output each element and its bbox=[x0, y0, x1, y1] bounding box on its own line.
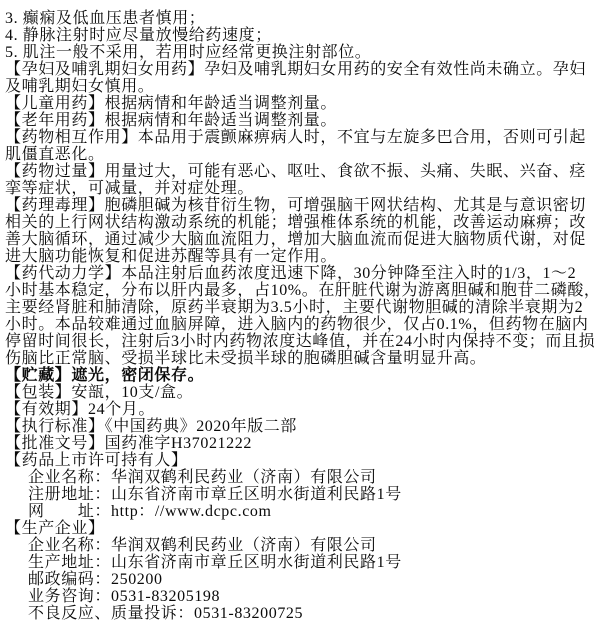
license-holder-registered-address: 注册地址：山东省济南市章丘区明水街道利民路1号 bbox=[5, 486, 607, 503]
pharmacokinetics-line-3: 主要经肾脏和肺清除，原药半衰期为3.5小时，主要代谢物胆碱的清除半衰期为2 bbox=[5, 299, 607, 316]
pharmacology-line-4: 进大脑功能恢复和促进苏醒等具有一定作用。 bbox=[5, 248, 607, 265]
precaution-item-4: 4. 静脉注射时应尽量放慢给药速度； bbox=[5, 27, 607, 44]
pharmacokinetics-line-6: 伤脑比正常脑、受损半球比未受损半球的胞磷胆碱含量明显升高。 bbox=[5, 350, 607, 367]
pharmacology-line-1: 【药理毒理】胞磷胆碱为核苷衍生物，可增强脑干网状结构、尤其是与意识密切 bbox=[5, 197, 607, 214]
precaution-item-3: 3. 癫痫及低血压患者慎用； bbox=[5, 10, 607, 27]
manufacturer-company-name: 企业名称：华润双鹤利民药业（济南）有限公司 bbox=[5, 537, 607, 554]
pediatric-use-line: 【儿童用药】根据病情和年龄适当调整剂量。 bbox=[5, 95, 607, 112]
drug-interactions-line-1: 【药物相互作用】本品用于震颤麻痹病人时，不宜与左旋多巴合用，否则可引起 bbox=[5, 129, 607, 146]
packaging-line: 【包装】安瓿，10支/盒。 bbox=[5, 384, 607, 401]
precaution-item-5: 5. 肌注一般不采用，若用时应经常更换注射部位。 bbox=[5, 44, 607, 61]
manufacturer-complaint-phone: 不良反应、质量投诉：0531-83200725 bbox=[5, 605, 607, 622]
manufacturer-heading: 【生产企业】 bbox=[5, 520, 607, 537]
manufacturer-postal-code: 邮政编码：250200 bbox=[5, 571, 607, 588]
pharmacokinetics-line-5: 停留时间很长，注射后3小时内药物浓度达峰值，并在24小时内保持不变；而且损 bbox=[5, 333, 607, 350]
pharmacology-line-2: 相关的上行网状结构激动系统的机能；增强椎体系统的机能，改善运动麻痹；改 bbox=[5, 214, 607, 231]
manufacturer-consult-phone: 业务咨询：0531-83205198 bbox=[5, 588, 607, 605]
license-holder-company-name: 企业名称：华润双鹤利民药业（济南）有限公司 bbox=[5, 469, 607, 486]
geriatric-use-line: 【老年用药】根据病情和年龄适当调整剂量。 bbox=[5, 112, 607, 129]
pregnancy-use-line-2: 及哺乳期妇女慎用。 bbox=[5, 78, 607, 95]
storage-line: 【贮藏】遮光，密闭保存。 bbox=[5, 367, 607, 384]
execution-standard-line: 【执行标准】《中国药典》2020年版二部 bbox=[5, 418, 607, 435]
license-holder-heading: 【药品上市许可持有人】 bbox=[5, 452, 607, 469]
license-holder-website: 网 址：http：//www.dcpc.com bbox=[5, 503, 607, 520]
overdose-line-1: 【药物过量】用量过大，可能有恶心、呕吐、食欲不振、头痛、失眠、兴奋、痉 bbox=[5, 163, 607, 180]
pharmacology-line-3: 善大脑循环，通过减少大脑血流阻力，增加大脑血流而促进大脑物质代谢，对促 bbox=[5, 231, 607, 248]
overdose-line-2: 挛等症状，可减量，并对症处理。 bbox=[5, 180, 607, 197]
pharmacokinetics-line-4: 小时。本品较难通过血脑屏障，进入脑内的药物很少，仅占0.1%，但药物在脑内 bbox=[5, 316, 607, 333]
pregnancy-use-line-1: 【孕妇及哺乳期妇女用药】孕妇及哺乳期妇女用药的安全有效性尚未确立。孕妇 bbox=[5, 61, 607, 78]
pharmacokinetics-line-2: 小时基本稳定，分布以肝内最多，占10%。在肝脏代谢为游离胆碱和胞苷二磷酸， bbox=[5, 282, 607, 299]
pharmacokinetics-line-1: 【药代动力学】本品注射后血药浓度迅速下降，30分钟降至注入时的1/3，1～2 bbox=[5, 265, 607, 282]
validity-period-line: 【有效期】24个月。 bbox=[5, 401, 607, 418]
approval-number-line: 【批准文号】国药准字H37021222 bbox=[5, 435, 607, 452]
drug-interactions-line-2: 肌僵直恶化。 bbox=[5, 146, 607, 163]
manufacturer-production-address: 生产地址：山东省济南市章丘区明水街道利民路1号 bbox=[5, 554, 607, 571]
drug-leaflet-page: 3. 癫痫及低血压患者慎用； 4. 静脉注射时应尽量放慢给药速度； 5. 肌注一… bbox=[0, 0, 609, 631]
